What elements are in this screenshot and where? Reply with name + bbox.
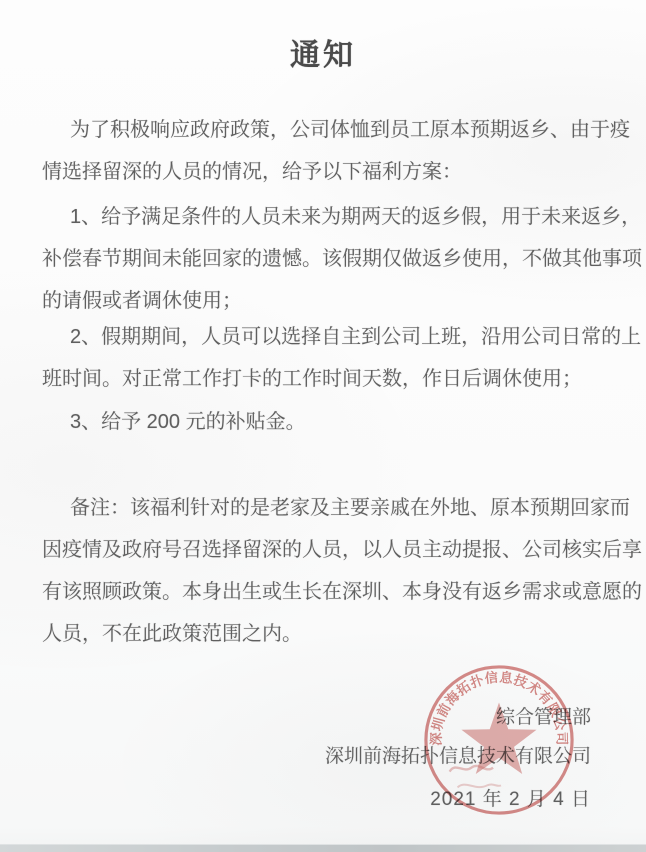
paragraph-line: 2、假期期间，人员可以选择自主到公司上班，沿用公司日常的上 [42,316,616,358]
notice-document: 通知 为了积极响应政府政策，公司体恤到员工原本预期返乡、由于疫 情选择留深的人员… [0,0,646,852]
benefit-item-1: 1、给予满足条件的人员未来为期两天的返乡假，用于未来返乡， 补偿春节期间未能回家… [42,196,616,322]
paragraph-line: 3、给予 200 元的补贴金。 [42,401,616,443]
notice-title: 通知 [0,30,646,74]
remark-paragraph: 备注：该福利针对的是老家及主要亲戚在外地、原本预期回家而 因疫情及政府号召选择留… [42,487,616,655]
paragraph-line: 班时间。对正常工作打卡的工作时间天数，作日后调休使用； [42,358,616,400]
photo-bottom-edge [0,844,646,852]
paragraph-line: 为了积极响应政府政策，公司体恤到员工原本预期返乡、由于疫 [42,109,616,151]
intro-paragraph: 为了积极响应政府政策，公司体恤到员工原本预期返乡、由于疫 情选择留深的人员的情况… [42,109,616,193]
paragraph-line: 有该照顾政策。本身出生或生长在深圳、本身没有返乡需求或意愿的 [42,571,616,613]
paragraph-line: 补偿春节期间未能回家的遗憾。该假期仅做返乡使用，不做其他事项 [42,238,616,280]
paragraph-line: 人员，不在此政策范围之内。 [42,613,616,655]
benefit-item-2: 2、假期期间，人员可以选择自主到公司上班，沿用公司日常的上 班时间。对正常工作打… [42,316,616,400]
signature-department: 综合管理部 [496,697,591,739]
paragraph-line: 备注：该福利针对的是老家及主要亲戚在外地、原本预期回家而 [42,487,616,529]
paragraph-line: 因疫情及政府号召选择留深的人员，以人员主动提报、公司核实后享 [42,529,616,571]
paragraph-line: 情选择留深的人员的情况，给予以下福利方案： [42,151,616,193]
signature-company: 深圳前海拓扑信息技术有限公司 [325,736,591,778]
signature-date: 2021 年 2 月 4 日 [430,779,591,821]
benefit-item-3: 3、给予 200 元的补贴金。 [42,401,616,443]
paragraph-line: 1、给予满足条件的人员未来为期两天的返乡假，用于未来返乡， [42,196,616,238]
